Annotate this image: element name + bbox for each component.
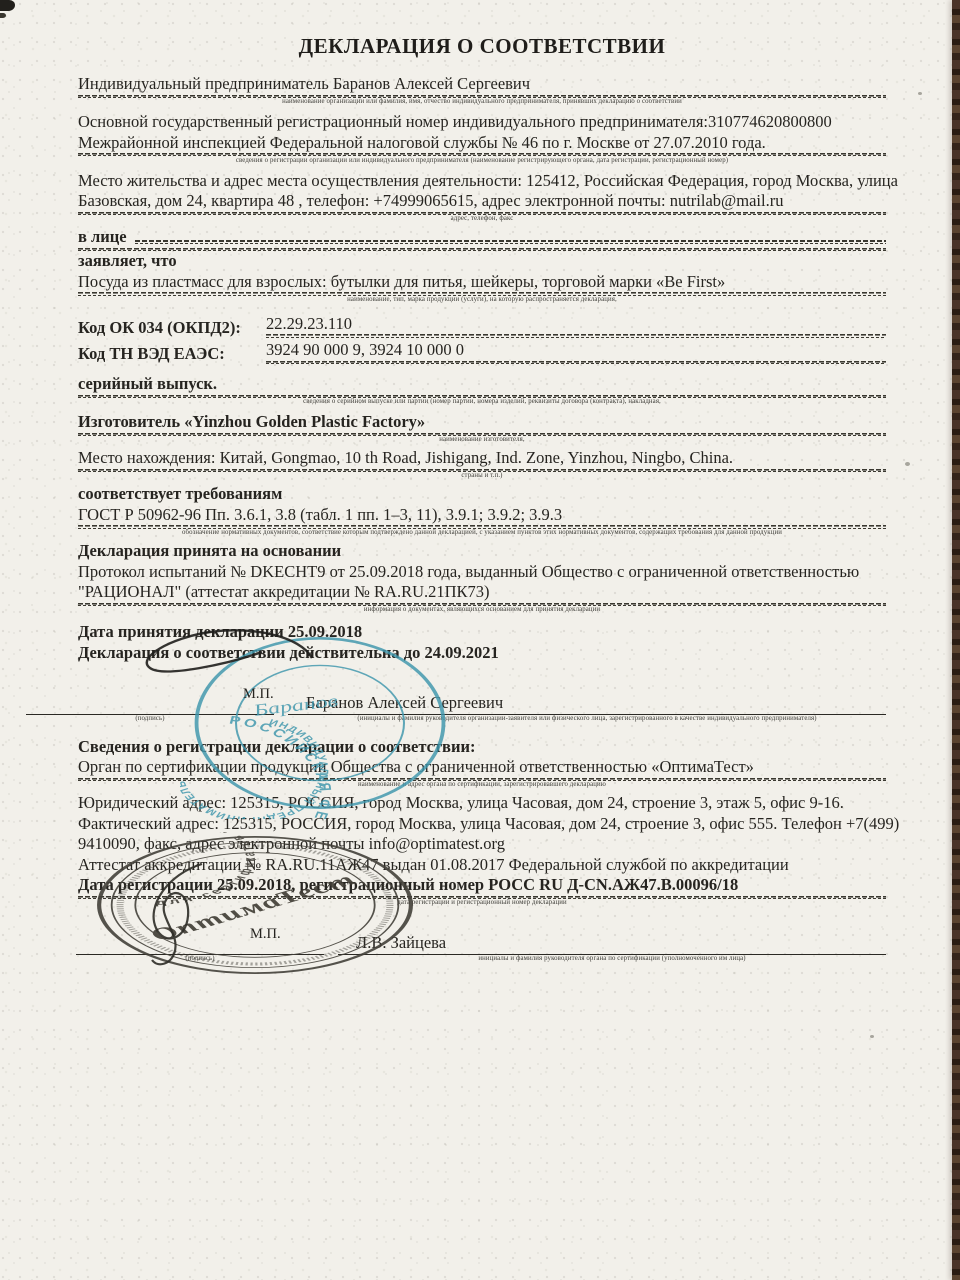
ok034-value: 22.29.23.110: [266, 314, 886, 335]
document-content: ДЕКЛАРАЦИЯ О СООТВЕТСТВИИ Индивидуальный…: [78, 34, 886, 963]
basis-heading: Декларация принята на основании: [78, 541, 886, 562]
scan-corner-mark-small: [0, 13, 6, 18]
field-location: Место нахождения: Китай, Gongmao, 10 th …: [78, 448, 886, 480]
field-state-registration: Основной государственный регистрационный…: [78, 112, 886, 165]
address-line1: Место жительства и адрес места осуществл…: [78, 171, 886, 192]
scan-corner-mark: [0, 0, 15, 11]
registration-caption: сведения о регистрации организации или и…: [78, 157, 886, 165]
field-gost: ГОСТ Р 50962-96 Пп. 3.6.1, 3.8 (табл. 1 …: [78, 505, 886, 537]
field-codes: Код ОК 034 (ОКПД2): 22.29.23.110 Код ТН …: [78, 314, 886, 364]
basis-line1: Протокол испытаний № DKECHT9 от 25.09.20…: [78, 562, 886, 583]
document-title: ДЕКЛАРАЦИЯ О СООТВЕТСТВИИ: [78, 34, 886, 58]
tnved-label: Код ТН ВЭД ЕАЭС:: [78, 344, 266, 365]
underline-rule: [135, 240, 886, 244]
tnved-value-wrap: 3924 90 000 9, 3924 10 000 0: [266, 340, 886, 364]
field-basis: Протокол испытаний № DKECHT9 от 25.09.20…: [78, 562, 886, 615]
scan-edge-strip: [952, 0, 960, 1280]
basis-line2: "РАЦИОНАЛ" (аттестат аккредитации № RA.R…: [78, 582, 886, 603]
manufacturer-text: Изготовитель «Yinzhou Golden Plastic Fac…: [78, 412, 886, 433]
address-caption: адрес, телефон, факс: [78, 215, 886, 223]
ok034-value-wrap: 22.29.23.110: [266, 314, 886, 338]
gost-text: ГОСТ Р 50962-96 Пп. 3.6.1, 3.8 (табл. 1 …: [78, 505, 886, 526]
blue-stamp-inner-text: ИНДИВИДУАЛЬНЫЙ ПРЕДПРИНИМАТЕЛЬ: [180, 718, 329, 819]
field-manufacturer: Изготовитель «Yinzhou Golden Plastic Fac…: [78, 412, 886, 444]
registration-line1: Основной государственный регистрационный…: [78, 112, 886, 133]
underline-rule: [266, 361, 886, 365]
location-text: Место нахождения: Китай, Gongmao, 10 th …: [78, 448, 886, 469]
address-line2: Базовская, дом 24, квартира 48 , телефон…: [78, 191, 886, 212]
field-product: Посуда из пластмасс для взрослых: бутылк…: [78, 272, 886, 304]
scan-speck: [918, 92, 922, 95]
underline-rule: [266, 334, 886, 338]
scanned-declaration-page: ДЕКЛАРАЦИЯ О СООТВЕТСТВИИ Индивидуальный…: [0, 0, 960, 1280]
field-address: Место жительства и адрес места осуществл…: [78, 171, 886, 224]
handwritten-signature-applicant: [130, 622, 325, 697]
product-text: Посуда из пластмасс для взрослых: бутылк…: [78, 272, 886, 293]
product-caption: наименование, тип, марка продукции (услу…: [78, 296, 886, 304]
location-caption: страны и т.п.): [78, 472, 886, 480]
in-person-label: в лице: [78, 227, 127, 248]
field-serial: серийный выпуск. сведения о серийном вып…: [78, 374, 886, 406]
gost-caption: обозначение нормативных документов, соот…: [78, 529, 886, 537]
scan-speck: [870, 1035, 874, 1038]
serial-text: серийный выпуск.: [78, 374, 886, 395]
tnved-value: 3924 90 000 9, 3924 10 000 0: [266, 340, 886, 361]
ok034-label: Код ОК 034 (ОКПД2):: [78, 318, 266, 339]
code-row-tnved: Код ТН ВЭД ЕАЭС: 3924 90 000 9, 3924 10 …: [78, 340, 886, 364]
scan-speck: [905, 462, 910, 466]
registration-line2: Межрайонной инспекцией Федеральной налог…: [78, 133, 886, 154]
manufacturer-caption: наименование изготовителя,: [78, 436, 886, 444]
svg-text:ИНДИВИДУАЛЬНЫЙ ПРЕДПРИНИМАТЕЛЬ: ИНДИВИДУАЛЬНЫЙ ПРЕДПРИНИМАТЕЛЬ: [180, 718, 329, 819]
basis-caption: информация о документах, являющихся осно…: [78, 606, 886, 614]
applicant-caption: наименование организации или фамилия, им…: [78, 98, 886, 106]
handwritten-signature-certifier: [128, 856, 278, 971]
code-row-ok034: Код ОК 034 (ОКПД2): 22.29.23.110: [78, 314, 886, 338]
applicant-text: Индивидуальный предприниматель Баранов А…: [78, 74, 886, 95]
field-in-person: в лице: [78, 227, 886, 248]
compliance-heading: соответствует требованиям: [78, 484, 886, 505]
field-applicant: Индивидуальный предприниматель Баранов А…: [78, 74, 886, 106]
declares-label: заявляет, что: [78, 251, 886, 272]
serial-caption: сведения о серийном выпуске или партии (…: [78, 398, 886, 406]
scan-speck: [600, 240, 603, 243]
